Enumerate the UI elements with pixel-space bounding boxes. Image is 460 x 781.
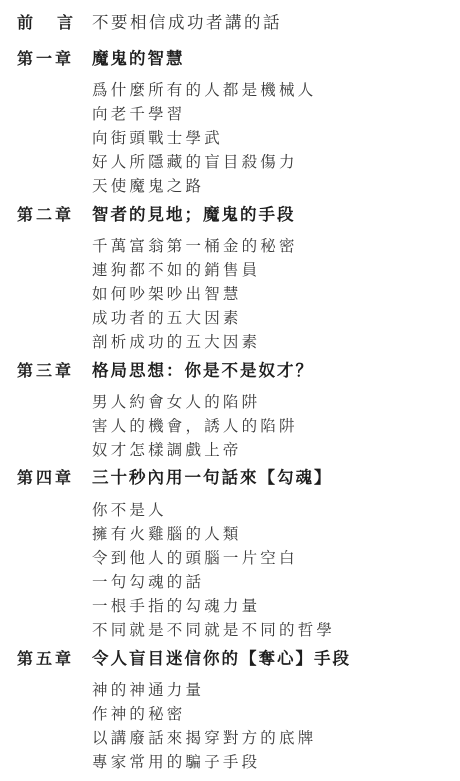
preface-label: 前言 (17, 12, 81, 34)
toc-preface: 前言 不要相信成功者講的話 (0, 12, 460, 36)
chapter-title: 格局思想：你是不是奴才？ (92, 360, 314, 382)
section-item: 以講廢話來揭穿對方的底牌 (92, 728, 316, 748)
chapter-heading: 第二章 智者的見地；魔鬼的手段 (0, 204, 460, 228)
chapter-label: 第一章 (17, 48, 81, 70)
section-item: 天使魔鬼之路 (92, 176, 204, 196)
preface-title: 不要相信成功者講的話 (92, 12, 282, 34)
section-item: 向老千學習 (92, 104, 186, 124)
section-item: 害人的機會，誘人的陷阱 (92, 416, 298, 436)
section-item: 男人約會女人的陷阱 (92, 392, 260, 412)
section-item: 不同就是不同就是不同的哲學 (92, 620, 335, 640)
section-item: 爲什麼所有的人都是機械人 (92, 80, 316, 100)
chapter-heading: 第四章 三十秒內用一句話來【勾魂】 (0, 467, 460, 491)
chapter-heading: 第三章 格局思想：你是不是奴才？ (0, 360, 460, 384)
chapter-label: 第二章 (17, 204, 81, 226)
section-item: 奴才怎樣調戲上帝 (92, 440, 242, 460)
section-item: 如何吵架吵出智慧 (92, 284, 242, 304)
chapter-title: 令人盲目迷信你的【奪心】手段 (92, 648, 351, 670)
section-item: 剖析成功的五大因素 (92, 332, 260, 352)
chapter-label: 第五章 (17, 648, 81, 670)
chapter-title: 智者的見地；魔鬼的手段 (92, 204, 296, 226)
section-item: 向街頭戰士學武 (92, 128, 223, 148)
section-item: 令到他人的頭腦一片空白 (92, 548, 298, 568)
section-item: 作神的秘密 (92, 704, 186, 724)
section-item: 專家常用的騙子手段 (92, 752, 260, 772)
chapter-heading: 第五章 令人盲目迷信你的【奪心】手段 (0, 648, 460, 672)
chapter-label: 第三章 (17, 360, 81, 382)
section-item: 你不是人 (92, 500, 167, 520)
section-item: 擁有火雞腦的人類 (92, 524, 242, 544)
section-item: 好人所隱藏的盲目殺傷力 (92, 152, 298, 172)
chapter-label: 第四章 (17, 467, 81, 489)
section-item: 連狗都不如的銷售員 (92, 260, 260, 280)
chapter-title: 魔鬼的智慧 (92, 48, 185, 70)
chapter-heading: 第一章 魔鬼的智慧 (0, 48, 460, 72)
section-item: 一句勾魂的話 (92, 572, 204, 592)
chapter-title: 三十秒內用一句話來【勾魂】 (92, 467, 333, 489)
section-item: 成功者的五大因素 (92, 308, 242, 328)
section-item: 神的神通力量 (92, 680, 204, 700)
section-item: 一根手指的勾魂力量 (92, 596, 260, 616)
section-item: 千萬富翁第一桶金的秘密 (92, 236, 298, 256)
